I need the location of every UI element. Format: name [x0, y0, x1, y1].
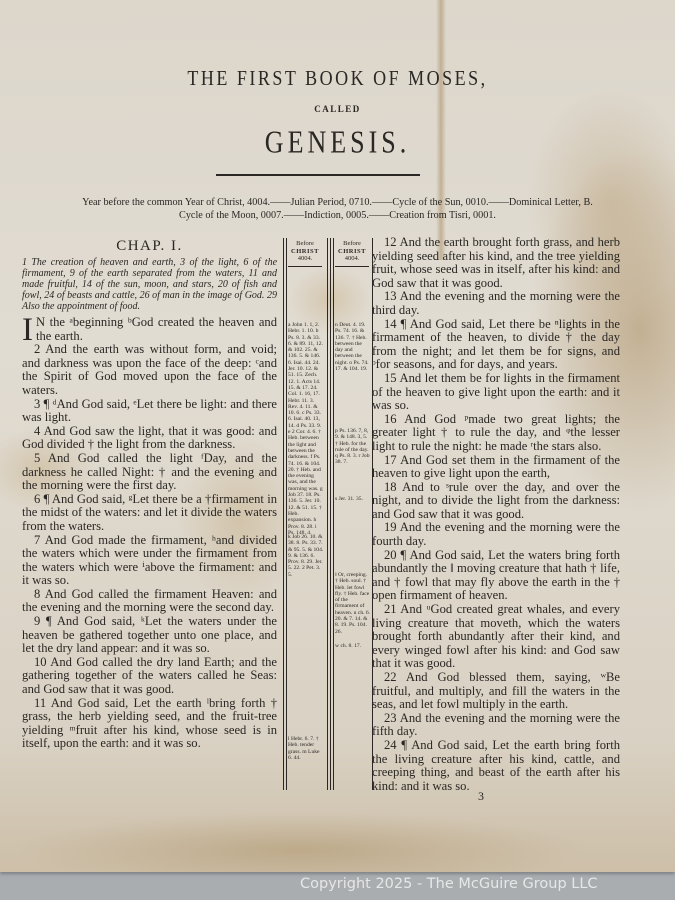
verse-18: 18 And to ˢrule over the day, and over t… [372, 481, 620, 522]
verse-21: 21 And ᵘGod created great whales, and ev… [372, 603, 620, 671]
verse-20: 20 ¶ And God said, Let the waters bring … [372, 549, 620, 603]
title-rule [216, 174, 420, 176]
margin-note: a John 1. 1, 2. Hebr. 1. 10. b Ps. 8. 3.… [288, 322, 324, 536]
verse-1: IN the ᵃbeginning ᵇGod created the heave… [22, 316, 277, 343]
verse-10: 10 And God called the dry land Earth; an… [22, 656, 277, 697]
margin-references-1: Before CHRIST 4004. a John 1. 1, 2. Hebr… [283, 238, 326, 790]
verse-3: 3 ¶ ᵈAnd God said, ᵉLet there be light: … [22, 398, 277, 425]
verse-14: 14 ¶ And God said, Let there be ⁿlights … [372, 318, 620, 372]
margin-note: p Ps. 136. 7, 8, 9. & 148. 3, 5. † Heb. … [335, 428, 371, 466]
chronology-line-1: Year before the common Year of Christ, 4… [0, 196, 675, 209]
margin-header: Before CHRIST 4004. [288, 238, 322, 267]
chapter-summary: 1 The creation of heaven and earth, 3 of… [22, 257, 277, 312]
chronology-line-2: Cycle of the Moon, 0007.——Indiction, 000… [0, 209, 675, 222]
book-name: GENESIS. [0, 125, 675, 161]
verse-6: 6 ¶ And God said, ᵍLet there be a †firma… [22, 493, 277, 534]
margin-note: n Deut. 4. 19. Ps. 74. 16. & 136. 7. † H… [335, 322, 371, 372]
margin-note: l Hebr. 6. 7. † Heb. tender grass. m Luk… [288, 736, 324, 761]
column-rule [333, 238, 334, 790]
verse-16: 16 And God ᵖmade two great lights; the g… [372, 413, 620, 454]
verse-9: 9 ¶ And God said, ᵏLet the waters under … [22, 615, 277, 656]
left-text-column: CHAP. I. 1 The creation of heaven and ea… [22, 238, 277, 751]
chapter-heading: CHAP. I. [22, 238, 277, 255]
verse-7: 7 And God made the firmament, ʰand divid… [22, 534, 277, 588]
called-label: CALLED [0, 104, 675, 114]
verse-4: 4 And God saw the light, that it was goo… [22, 425, 277, 452]
margin-note: w ch. 8. 17. [335, 643, 371, 649]
margin-note: ‖ Or, creeping. † Heb. soul. † Heb. let … [335, 572, 371, 635]
verse-19: 19 And the evening and the morning were … [372, 521, 620, 548]
copyright-watermark: Copyright 2025 - The McGuire Group LLC [300, 876, 598, 892]
column-rule [286, 238, 287, 790]
margin-note: s Jer. 31. 35. [335, 496, 371, 502]
book-title: THE FIRST BOOK OF MOSES, [0, 66, 675, 90]
verse-13: 13 And the evening and the morning were … [372, 290, 620, 317]
margin-references-2: Before CHRIST 4004. n Deut. 4. 19. Ps. 7… [330, 238, 373, 790]
verse-23: 23 And the evening and the morning were … [372, 712, 620, 739]
drop-cap: I [22, 317, 33, 343]
verse-24: 24 ¶ And God said, Let the earth bring f… [372, 739, 620, 793]
summary-text: The creation of heaven and earth, 3 of t… [22, 257, 277, 312]
column-rule [327, 238, 328, 790]
right-text-column: 12 And the earth brought forth grass, an… [372, 236, 620, 793]
verse-17: 17 And God set them in the firmament of … [372, 454, 620, 481]
margin-note: k Job 26. 10. & 38. 8. Ps. 33. 7. & 95. … [288, 534, 324, 578]
verse-12: 12 And the earth brought forth grass, an… [372, 236, 620, 290]
margin-header: Before CHRIST 4004. [335, 238, 369, 267]
verse-22: 22 And God blessed them, saying, ʷBe fru… [372, 671, 620, 712]
chronology: Year before the common Year of Christ, 4… [0, 196, 675, 222]
verse-15: 15 And let them be for lights in the fir… [372, 372, 620, 413]
verse-5: 5 And God called the light ᶠDay, and the… [22, 452, 277, 493]
page-number: 3 [478, 789, 484, 804]
summary-marker: 1 [22, 257, 27, 268]
book-page: THE FIRST BOOK OF MOSES, CALLED GENESIS.… [0, 0, 675, 872]
verse-11: 11 And God said, Let the earth ˡbring fo… [22, 697, 277, 751]
verse-2: 2 And the earth was without form, and vo… [22, 343, 277, 397]
verse-8: 8 And God called the firmament Heaven: a… [22, 588, 277, 615]
